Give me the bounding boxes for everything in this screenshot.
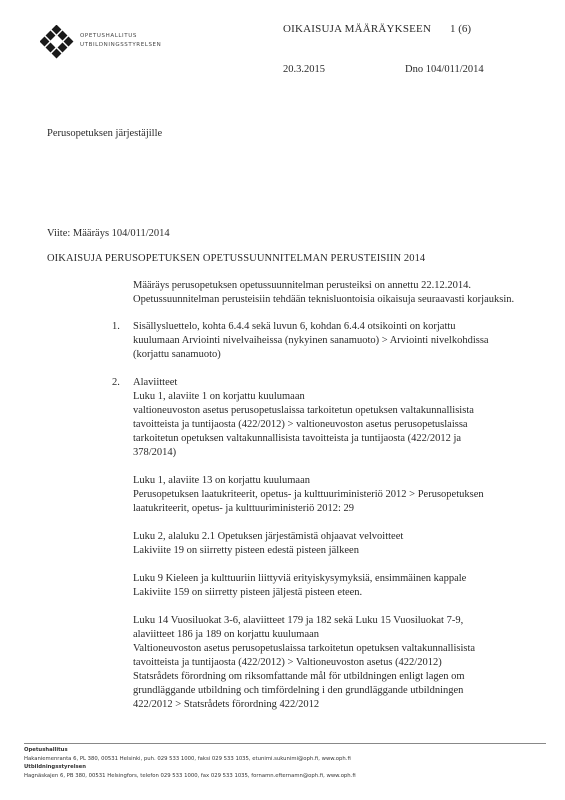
- reference: Viite: Määräys 104/011/2014: [47, 228, 170, 239]
- intro-line: Opetussuunnitelman perusteisiin tehdään …: [133, 293, 533, 307]
- text-line: laatukriteerit, opetus- ja kulttuurimini…: [133, 502, 532, 516]
- item-number: 2.: [112, 376, 133, 712]
- logo-line-2: UTBILDNINGSSTYRELSEN: [80, 41, 161, 50]
- paragraph: Alaviitteet Luku 1, alaviite 1 on korjat…: [133, 376, 532, 460]
- text-line: Perusopetuksen laatukriteerit, opetus- j…: [133, 488, 532, 502]
- document-type: OIKAISUJA MÄÄRÄYKSEEN: [283, 23, 431, 35]
- text-line: Luku 1, alaviite 1 on korjattu kuulumaan: [133, 390, 532, 404]
- text-line: Luku 14 Vuosiluokat 3-6, alaviitteet 179…: [133, 614, 532, 628]
- text-line: Luku 1, alaviite 13 on korjattu kuulumaa…: [133, 474, 532, 488]
- document-date: 20.3.2015: [283, 64, 325, 75]
- text-line: 422/2012 > Statsrådets förordning 422/20…: [133, 698, 532, 712]
- footer: Opetushallitus Hakaniemenranta 6, PL 380…: [24, 746, 554, 780]
- text-line: Valtioneuvoston asetus perusopetuslaissa…: [133, 642, 532, 656]
- footer-org-sv: Utbildningsstyrelsen: [24, 763, 554, 772]
- text-line: tavoitteista ja tuntijaosta (422/2012) >…: [133, 418, 532, 432]
- text-line: tavoitteista ja tuntijaosta (422/2012) >…: [133, 656, 532, 670]
- item-number: 1.: [112, 320, 133, 362]
- text-line: Lakiviite 19 on siirretty pisteen edestä…: [133, 544, 532, 558]
- logo-line-1: OPETUSHALLITUS: [80, 32, 161, 41]
- footer-address-sv: Hagnäskajen 6, PB 380, 00531 Helsingfors…: [24, 772, 554, 781]
- list-item-2: 2. Alaviitteet Luku 1, alaviite 1 on kor…: [112, 376, 532, 712]
- text-line: alaviitteet 186 ja 189 on korjattu kuulu…: [133, 628, 532, 642]
- footer-address-fi: Hakaniemenranta 6, PL 380, 00531 Helsink…: [24, 755, 554, 764]
- document-number: Dno 104/011/2014: [405, 64, 484, 75]
- footer-org-fi: Opetushallitus: [24, 746, 554, 755]
- recipient: Perusopetuksen järjestäjille: [47, 128, 162, 139]
- text-line: kuulumaan Arviointi nivelvaiheissa (nyky…: [133, 334, 532, 348]
- paragraph: Luku 14 Vuosiluokat 3-6, alaviitteet 179…: [133, 614, 532, 712]
- text-line: 378/2014): [133, 446, 532, 460]
- paragraph: Luku 9 Kieleen ja kulttuuriin liittyviä …: [133, 572, 532, 600]
- corrections-list: 1. Sisällysluettelo, kohta 6.4.4 sekä lu…: [112, 320, 532, 726]
- text-line: valtioneuvoston asetus perusopetuslaissa…: [133, 404, 532, 418]
- text-line: Alaviitteet: [133, 376, 532, 390]
- list-item-1: 1. Sisällysluettelo, kohta 6.4.4 sekä lu…: [112, 320, 532, 362]
- paragraph: Sisällysluettelo, kohta 6.4.4 sekä luvun…: [133, 320, 532, 362]
- text-line: Lakiviite 159 on siirretty pisteen jälje…: [133, 586, 532, 600]
- text-line: (korjattu sanamuoto): [133, 348, 532, 362]
- logo-text: OPETUSHALLITUS UTBILDNINGSSTYRELSEN: [80, 32, 161, 50]
- item-body: Alaviitteet Luku 1, alaviite 1 on korjat…: [133, 376, 532, 712]
- text-line: tarkoitetun opetuksen valtakunnallisista…: [133, 432, 532, 446]
- document-title: OIKAISUJA PERUSOPETUKSEN OPETUSSUUNNITEL…: [47, 253, 425, 264]
- text-line: Luku 9 Kieleen ja kulttuuriin liittyviä …: [133, 572, 532, 586]
- intro-paragraph: Määräys perusopetuksen opetussuunnitelma…: [133, 279, 533, 307]
- diamond-squares-logo-icon: [40, 25, 74, 59]
- text-line: Sisällysluettelo, kohta 6.4.4 sekä luvun…: [133, 320, 532, 334]
- intro-line: Määräys perusopetuksen opetussuunnitelma…: [133, 279, 533, 293]
- page-number: 1 (6): [450, 23, 471, 35]
- text-line: Statsrådets förordning om riksomfattande…: [133, 670, 532, 684]
- item-body: Sisällysluettelo, kohta 6.4.4 sekä luvun…: [133, 320, 532, 362]
- paragraph: Luku 2, alaluku 2.1 Opetuksen järjestämi…: [133, 530, 532, 558]
- footer-divider: [24, 743, 546, 744]
- paragraph: Luku 1, alaviite 13 on korjattu kuulumaa…: [133, 474, 532, 516]
- logo-icon: [40, 25, 74, 59]
- text-line: Luku 2, alaluku 2.1 Opetuksen järjestämi…: [133, 530, 532, 544]
- text-line: grundläggande utbildning och timfördelni…: [133, 684, 532, 698]
